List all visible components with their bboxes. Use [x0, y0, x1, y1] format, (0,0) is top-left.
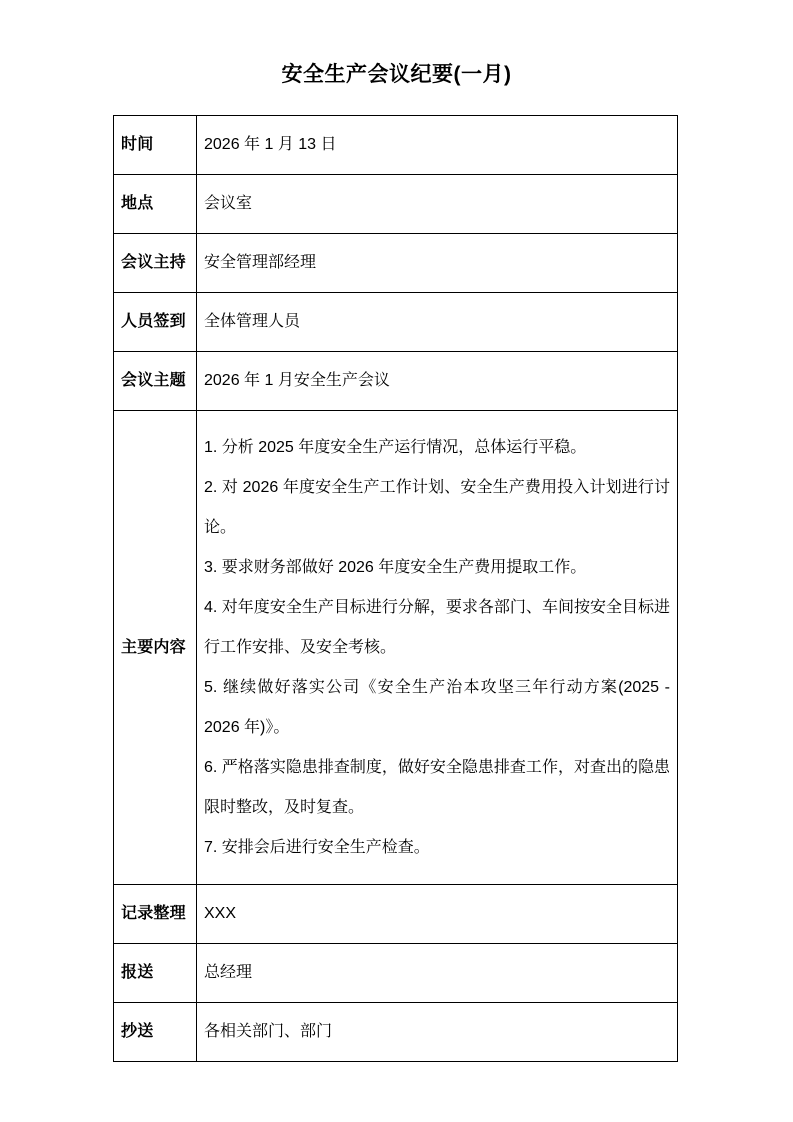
row-label: 会议主题 — [114, 352, 197, 411]
table-row-location: 地点 会议室 — [114, 175, 678, 234]
content-item-6: 6. 严格落实隐患排查制度，做好安全隐患排查工作，对查出的隐患限时整改，及时复查… — [204, 748, 670, 828]
row-label: 会议主持 — [114, 234, 197, 293]
table-row-topic: 会议主题 2026 年 1 月安全生产会议 — [114, 352, 678, 411]
meeting-minutes-table: 时间 2026 年 1 月 13 日 地点 会议室 会议主持 安全管理部经理 人… — [113, 115, 678, 1062]
table-row-host: 会议主持 安全管理部经理 — [114, 234, 678, 293]
page-title: 安全生产会议纪要(一月) — [0, 0, 793, 88]
content-item-7: 7. 安排会后进行安全生产检查。 — [204, 828, 670, 868]
table-row-report-to: 报送 总经理 — [114, 944, 678, 1003]
row-label: 报送 — [114, 944, 197, 1003]
row-value: 2026 年 1 月 13 日 — [197, 116, 678, 175]
row-label: 时间 — [114, 116, 197, 175]
row-value: 各相关部门、部门 — [197, 1003, 678, 1062]
row-label: 主要内容 — [114, 411, 197, 885]
content-item-5: 5. 继续做好落实公司《安全生产治本攻坚三年行动方案(2025 - 2026 年… — [204, 668, 670, 748]
table-row-signin: 人员签到 全体管理人员 — [114, 293, 678, 352]
row-value: 全体管理人员 — [197, 293, 678, 352]
table-row-main-content: 主要内容 1. 分析 2025 年度安全生产运行情况，总体运行平稳。 2. 对 … — [114, 411, 678, 885]
content-item-4: 4. 对年度安全生产目标进行分解，要求各部门、车间按安全目标进行工作安排、及安全… — [204, 588, 670, 668]
document-page: 安全生产会议纪要(一月) 时间 2026 年 1 月 13 日 地点 会议室 会… — [0, 0, 793, 1122]
row-label: 记录整理 — [114, 885, 197, 944]
row-label: 人员签到 — [114, 293, 197, 352]
table-row-cc: 抄送 各相关部门、部门 — [114, 1003, 678, 1062]
row-value: 总经理 — [197, 944, 678, 1003]
table-row-recorder: 记录整理 XXX — [114, 885, 678, 944]
table-row-time: 时间 2026 年 1 月 13 日 — [114, 116, 678, 175]
row-value: 安全管理部经理 — [197, 234, 678, 293]
content-item-3: 3. 要求财务部做好 2026 年度安全生产费用提取工作。 — [204, 548, 670, 588]
row-label: 抄送 — [114, 1003, 197, 1062]
row-value: 2026 年 1 月安全生产会议 — [197, 352, 678, 411]
row-value: 会议室 — [197, 175, 678, 234]
main-content-cell: 1. 分析 2025 年度安全生产运行情况，总体运行平稳。 2. 对 2026 … — [197, 411, 678, 885]
row-label: 地点 — [114, 175, 197, 234]
content-item-2: 2. 对 2026 年度安全生产工作计划、安全生产费用投入计划进行讨论。 — [204, 468, 670, 548]
content-item-1: 1. 分析 2025 年度安全生产运行情况，总体运行平稳。 — [204, 428, 670, 468]
row-value: XXX — [197, 885, 678, 944]
